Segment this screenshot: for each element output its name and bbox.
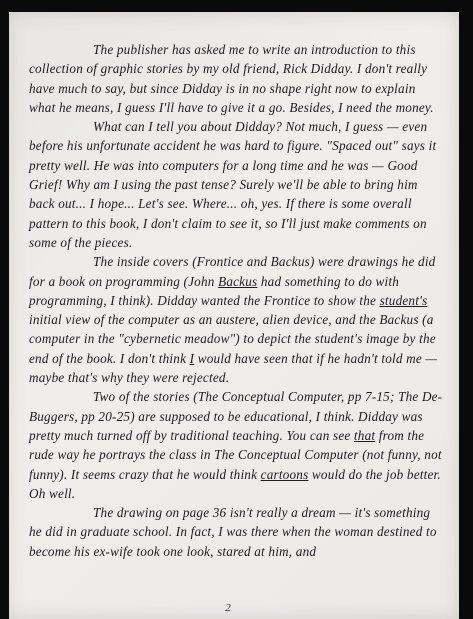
scanned-page: The publisher has asked me to write an i… [0,0,473,619]
paragraph: What can I tell you about Didday? Not mu… [29,117,444,252]
page-number: 2 [7,602,449,614]
paragraph: The publisher has asked me to write an i… [29,40,444,117]
underlined-text: student's [380,293,428,308]
underlined-text: cartoons [261,467,309,482]
paragraph: The drawing on page 36 isn't really a dr… [29,503,444,561]
text-run: What can I tell you about Didday? Not mu… [29,119,436,250]
paragraph: The inside covers (Frontice and Backus) … [29,252,444,387]
text-run: The publisher has asked me to write an i… [29,42,434,115]
text-run: The drawing on page 36 isn't really a dr… [29,505,437,559]
handwritten-text: The publisher has asked me to write an i… [29,40,444,561]
scan-left-border [0,0,9,619]
paragraph: Two of the stories (The Conceptual Compu… [29,387,444,503]
underlined-text: Backus [218,274,257,289]
paper-sheet: The publisher has asked me to write an i… [7,12,459,619]
scan-right-border [459,0,473,619]
underlined-text: that [354,428,375,443]
